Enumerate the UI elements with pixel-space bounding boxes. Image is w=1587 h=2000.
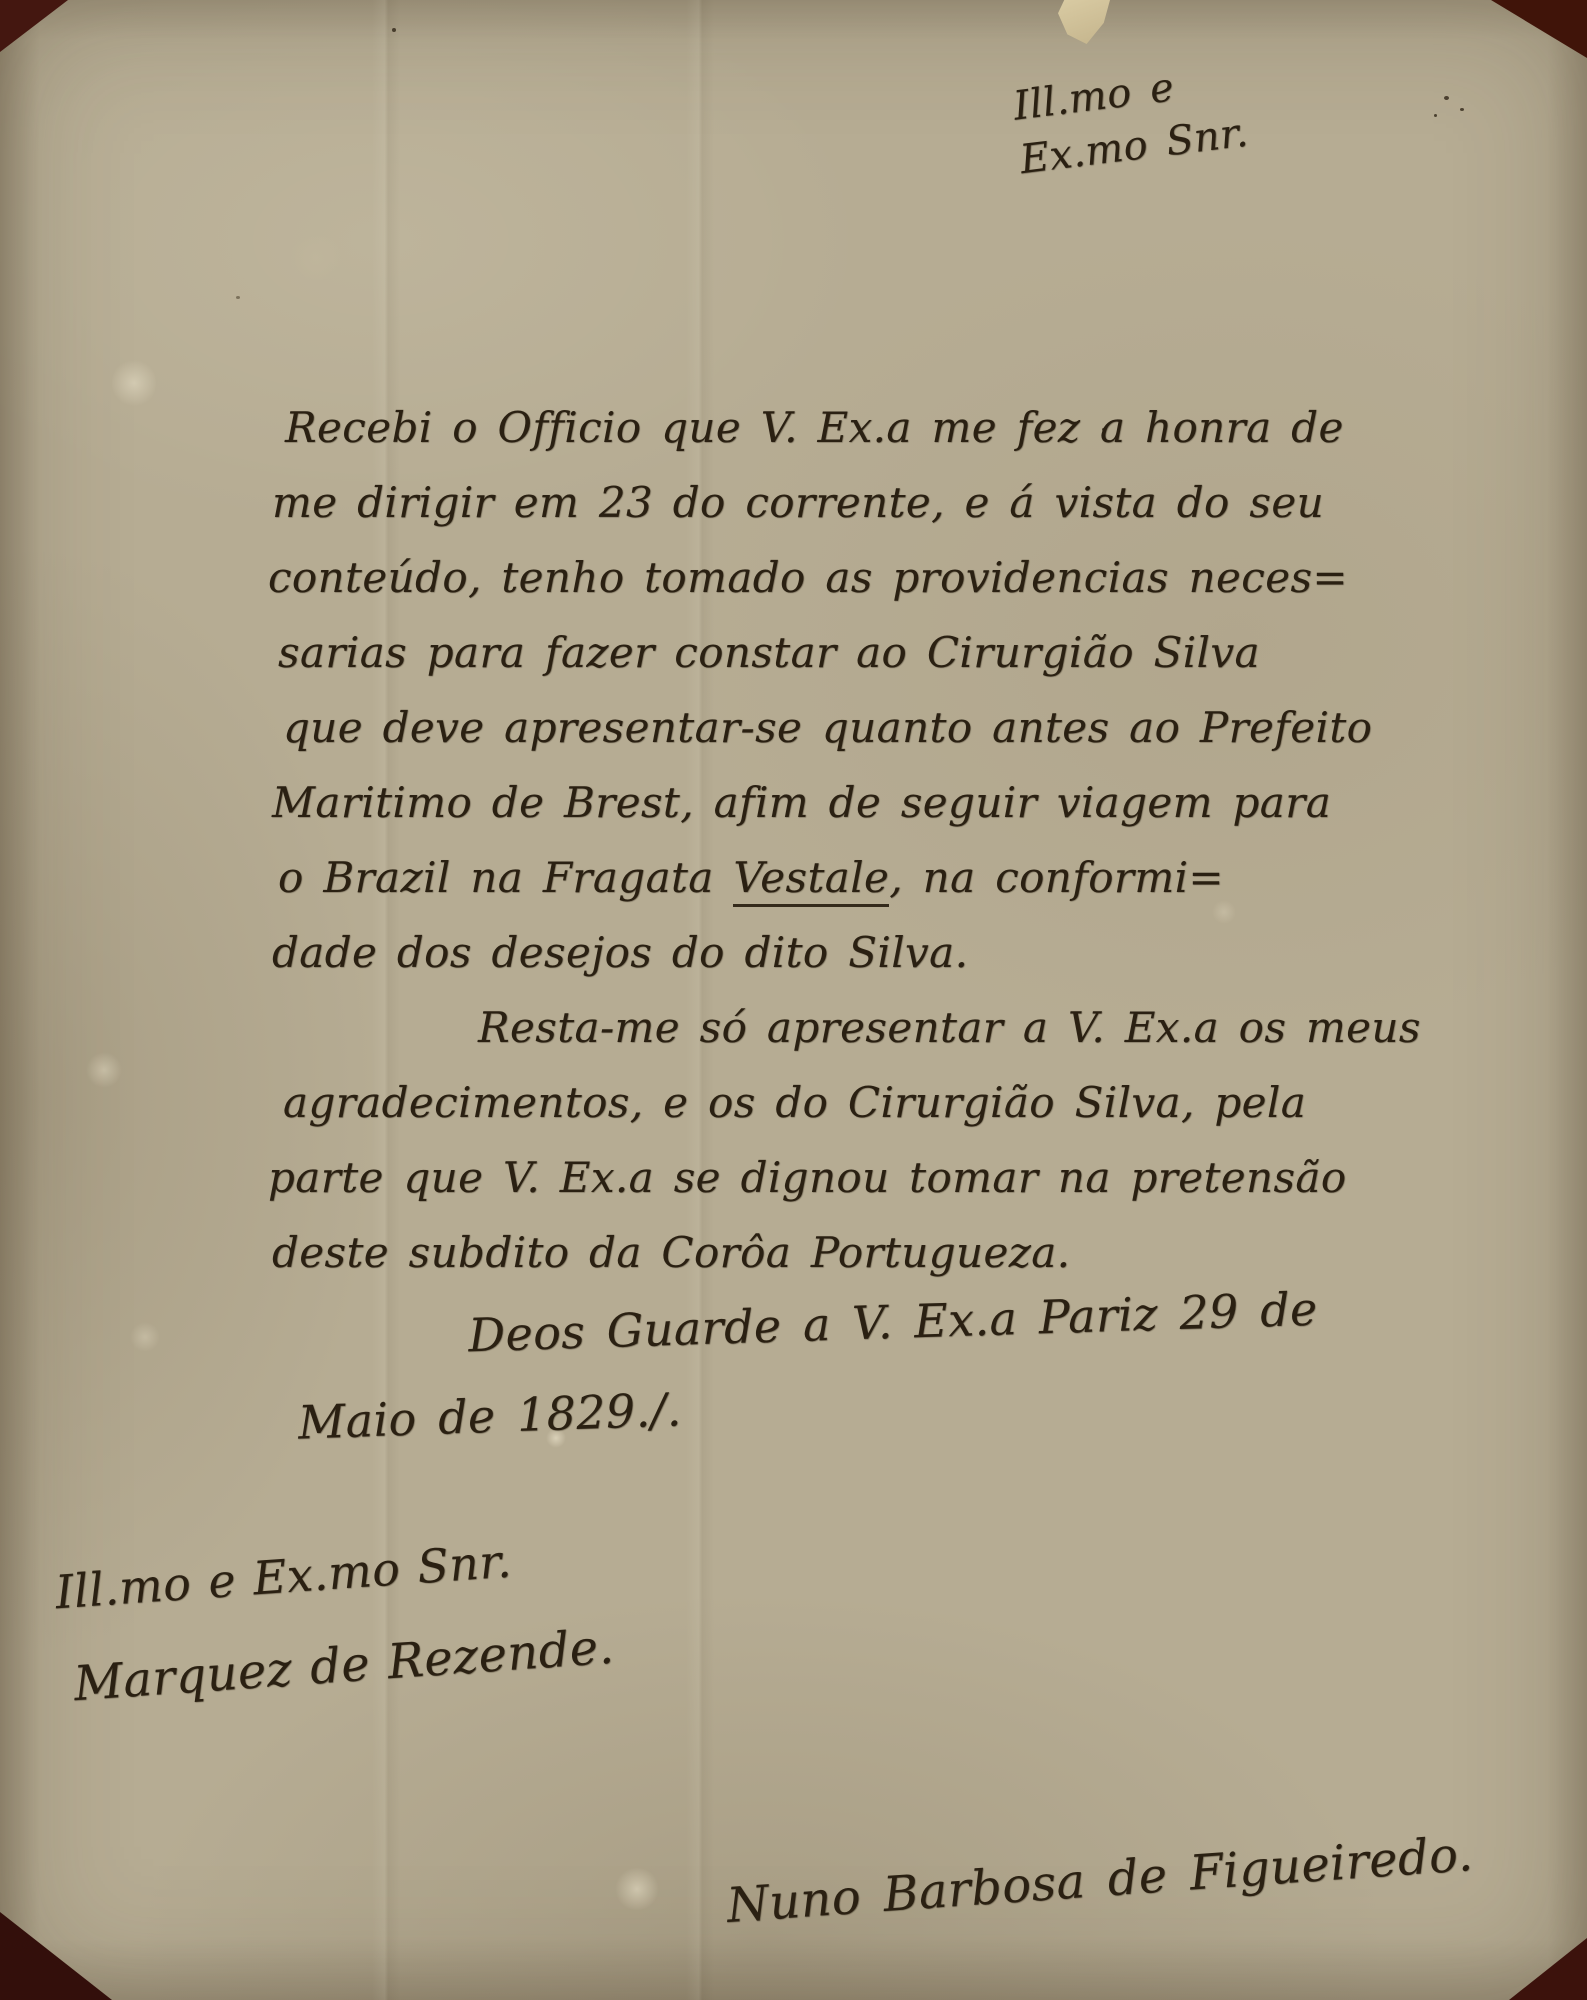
- paper-stain: [286, 236, 346, 280]
- body-line: me dirigir em 23 do corrente, e á vista …: [272, 475, 1324, 531]
- ship-line-prefix: o Brazil na Fragata: [278, 853, 733, 902]
- addressee-block: Ill.mo e Ex.mo Snr. Marquez de Rezende.: [53, 1525, 616, 1715]
- body-line: Maritimo de Brest, afim de seguir viagem…: [272, 775, 1331, 831]
- body-line: que deve apresentar-se quanto antes ao P…: [283, 700, 1372, 756]
- ink-speck: [236, 296, 240, 299]
- ink-speck: [392, 28, 396, 32]
- fold-crease: [372, 0, 400, 2000]
- torn-paper-fragment: [1058, 0, 1110, 44]
- paper-stain: [112, 358, 156, 408]
- ship-line-suffix: , na conformi=: [889, 853, 1224, 902]
- body-line: deste subdito da Corôa Portugueza.: [272, 1225, 1070, 1281]
- body-line: agradecimentos, e os do Cirurgião Silva,…: [283, 1075, 1306, 1131]
- ink-speck: [1444, 96, 1449, 100]
- signature: Nuno Barbosa de Figueiredo.: [725, 1826, 1475, 1934]
- body-line: parte que V. Ex.a se dignou tomar na pre…: [268, 1150, 1347, 1206]
- body-line: Recebi o Officio que V. Ex.a me fez a ho…: [285, 400, 1344, 456]
- valediction-line: Deos Guarde a V. Ex.a Pariz 29 de: [467, 1281, 1318, 1364]
- paper-stain: [614, 1868, 660, 1910]
- addressee-name: Marquez de Rezende.: [72, 1617, 616, 1715]
- date-line: Maio de 1829./.: [297, 1381, 682, 1450]
- letter-scan-page: Ill.mo e Ex.mo Snr. Recebi o Officio que…: [0, 0, 1587, 2000]
- body-line: dade dos desejos do dito Silva.: [272, 925, 968, 981]
- paper-stain: [130, 1322, 160, 1352]
- body-line: Resta-me só apresentar a V. Ex.a os meus: [478, 1000, 1421, 1056]
- ink-speck: [1434, 114, 1437, 117]
- paper-stain: [86, 1052, 122, 1088]
- salutation: Ill.mo e Ex.mo Snr.: [1010, 49, 1277, 187]
- body-line: conteúdo, tenho tomado as providencias n…: [268, 550, 1348, 606]
- dark-backing-corner: [0, 0, 68, 52]
- dark-backing-corner: [1491, 0, 1587, 58]
- body-line-ship: o Brazil na Fragata Vestale, na conformi…: [278, 850, 1224, 906]
- dark-backing-corner: [0, 1912, 112, 2000]
- dark-backing-corner: [1509, 1938, 1587, 2000]
- body-line: sarias para fazer constar ao Cirurgião S…: [278, 625, 1260, 681]
- ship-name: Vestale: [733, 853, 889, 907]
- ink-speck: [1460, 108, 1464, 111]
- addressee-salutation: Ill.mo e Ex.mo Snr.: [53, 1525, 609, 1621]
